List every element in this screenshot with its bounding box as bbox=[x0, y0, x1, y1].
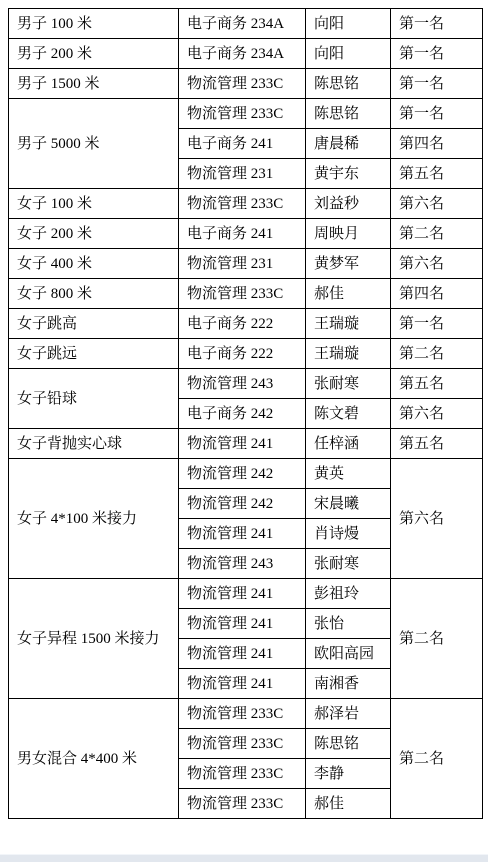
name-cell: 黄梦军 bbox=[306, 249, 391, 279]
class-cell: 物流管理 243 bbox=[179, 369, 306, 399]
class-cell: 电子商务 234A bbox=[179, 39, 306, 69]
table-row: 女子铅球物流管理 243张耐寒第五名 bbox=[9, 369, 483, 399]
event-cell: 女子 400 米 bbox=[9, 249, 179, 279]
name-cell: 张耐寒 bbox=[306, 549, 391, 579]
table-row: 男女混合 4*400 米物流管理 233C郝泽岩第二名 bbox=[9, 699, 483, 729]
rank-cell: 第六名 bbox=[391, 399, 483, 429]
rank-cell: 第五名 bbox=[391, 159, 483, 189]
class-cell: 物流管理 231 bbox=[179, 249, 306, 279]
rank-cell: 第六名 bbox=[391, 189, 483, 219]
event-cell: 女子 800 米 bbox=[9, 279, 179, 309]
class-cell: 物流管理 233C bbox=[179, 279, 306, 309]
table-row: 女子 400 米物流管理 231黄梦军第六名 bbox=[9, 249, 483, 279]
class-cell: 物流管理 241 bbox=[179, 639, 306, 669]
table-row: 男子 1500 米物流管理 233C陈思铭第一名 bbox=[9, 69, 483, 99]
rank-cell: 第四名 bbox=[391, 129, 483, 159]
rank-cell: 第六名 bbox=[391, 459, 483, 579]
class-cell: 物流管理 241 bbox=[179, 429, 306, 459]
class-cell: 物流管理 242 bbox=[179, 459, 306, 489]
class-cell: 电子商务 241 bbox=[179, 129, 306, 159]
name-cell: 郝泽岩 bbox=[306, 699, 391, 729]
class-cell: 物流管理 233C bbox=[179, 69, 306, 99]
name-cell: 黄宇东 bbox=[306, 159, 391, 189]
class-cell: 电子商务 242 bbox=[179, 399, 306, 429]
name-cell: 张怡 bbox=[306, 609, 391, 639]
rank-cell: 第一名 bbox=[391, 39, 483, 69]
name-cell: 李静 bbox=[306, 759, 391, 789]
event-cell: 男子 100 米 bbox=[9, 9, 179, 39]
event-cell: 女子 200 米 bbox=[9, 219, 179, 249]
event-cell: 男女混合 4*400 米 bbox=[9, 699, 179, 819]
name-cell: 黄英 bbox=[306, 459, 391, 489]
name-cell: 郝佳 bbox=[306, 789, 391, 819]
results-table: 男子 100 米电子商务 234A向阳第一名男子 200 米电子商务 234A向… bbox=[8, 8, 483, 819]
class-cell: 物流管理 241 bbox=[179, 579, 306, 609]
event-cell: 女子 4*100 米接力 bbox=[9, 459, 179, 579]
event-cell: 女子跳高 bbox=[9, 309, 179, 339]
event-cell: 女子异程 1500 米接力 bbox=[9, 579, 179, 699]
name-cell: 南湘香 bbox=[306, 669, 391, 699]
name-cell: 向阳 bbox=[306, 39, 391, 69]
rank-cell: 第一名 bbox=[391, 309, 483, 339]
class-cell: 物流管理 242 bbox=[179, 489, 306, 519]
table-row: 女子跳高电子商务 222王瑞璇第一名 bbox=[9, 309, 483, 339]
class-cell: 物流管理 233C bbox=[179, 789, 306, 819]
table-row: 女子跳远电子商务 222王瑞璇第二名 bbox=[9, 339, 483, 369]
rank-cell: 第二名 bbox=[391, 579, 483, 699]
name-cell: 陈思铭 bbox=[306, 99, 391, 129]
class-cell: 物流管理 233C bbox=[179, 699, 306, 729]
class-cell: 物流管理 231 bbox=[179, 159, 306, 189]
event-cell: 女子背抛实心球 bbox=[9, 429, 179, 459]
class-cell: 物流管理 233C bbox=[179, 99, 306, 129]
class-cell: 物流管理 233C bbox=[179, 189, 306, 219]
name-cell: 陈思铭 bbox=[306, 69, 391, 99]
name-cell: 陈思铭 bbox=[306, 729, 391, 759]
rank-cell: 第二名 bbox=[391, 219, 483, 249]
name-cell: 欧阳高园 bbox=[306, 639, 391, 669]
class-cell: 物流管理 241 bbox=[179, 609, 306, 639]
name-cell: 任梓涵 bbox=[306, 429, 391, 459]
name-cell: 肖诗熳 bbox=[306, 519, 391, 549]
class-cell: 电子商务 222 bbox=[179, 309, 306, 339]
name-cell: 王瑞璇 bbox=[306, 309, 391, 339]
rank-cell: 第一名 bbox=[391, 69, 483, 99]
table-row: 女子 4*100 米接力物流管理 242黄英第六名 bbox=[9, 459, 483, 489]
name-cell: 刘益秒 bbox=[306, 189, 391, 219]
event-cell: 女子跳远 bbox=[9, 339, 179, 369]
class-cell: 物流管理 243 bbox=[179, 549, 306, 579]
table-row: 男子 100 米电子商务 234A向阳第一名 bbox=[9, 9, 483, 39]
results-table-body: 男子 100 米电子商务 234A向阳第一名男子 200 米电子商务 234A向… bbox=[9, 9, 483, 819]
name-cell: 向阳 bbox=[306, 9, 391, 39]
name-cell: 张耐寒 bbox=[306, 369, 391, 399]
name-cell: 郝佳 bbox=[306, 279, 391, 309]
name-cell: 宋晨曦 bbox=[306, 489, 391, 519]
name-cell: 唐晨稀 bbox=[306, 129, 391, 159]
rank-cell: 第四名 bbox=[391, 279, 483, 309]
rank-cell: 第五名 bbox=[391, 429, 483, 459]
rank-cell: 第二名 bbox=[391, 699, 483, 819]
name-cell: 王瑞璇 bbox=[306, 339, 391, 369]
class-cell: 电子商务 234A bbox=[179, 9, 306, 39]
class-cell: 物流管理 241 bbox=[179, 669, 306, 699]
rank-cell: 第一名 bbox=[391, 99, 483, 129]
event-cell: 男子 5000 米 bbox=[9, 99, 179, 189]
table-row: 女子 100 米物流管理 233C刘益秒第六名 bbox=[9, 189, 483, 219]
name-cell: 彭祖玲 bbox=[306, 579, 391, 609]
table-row: 女子背抛实心球物流管理 241任梓涵第五名 bbox=[9, 429, 483, 459]
name-cell: 周映月 bbox=[306, 219, 391, 249]
rank-cell: 第五名 bbox=[391, 369, 483, 399]
class-cell: 物流管理 233C bbox=[179, 729, 306, 759]
class-cell: 电子商务 222 bbox=[179, 339, 306, 369]
rank-cell: 第六名 bbox=[391, 249, 483, 279]
event-cell: 女子 100 米 bbox=[9, 189, 179, 219]
table-row: 男子 5000 米物流管理 233C陈思铭第一名 bbox=[9, 99, 483, 129]
event-cell: 女子铅球 bbox=[9, 369, 179, 429]
class-cell: 物流管理 241 bbox=[179, 519, 306, 549]
rank-cell: 第二名 bbox=[391, 339, 483, 369]
class-cell: 电子商务 241 bbox=[179, 219, 306, 249]
rank-cell: 第一名 bbox=[391, 9, 483, 39]
document-page: 男子 100 米电子商务 234A向阳第一名男子 200 米电子商务 234A向… bbox=[0, 0, 488, 862]
table-row: 男子 200 米电子商务 234A向阳第一名 bbox=[9, 39, 483, 69]
name-cell: 陈文碧 bbox=[306, 399, 391, 429]
table-row: 女子 200 米电子商务 241周映月第二名 bbox=[9, 219, 483, 249]
table-row: 女子异程 1500 米接力物流管理 241彭祖玲第二名 bbox=[9, 579, 483, 609]
horizontal-scrollbar-track[interactable] bbox=[0, 854, 488, 862]
event-cell: 男子 1500 米 bbox=[9, 69, 179, 99]
event-cell: 男子 200 米 bbox=[9, 39, 179, 69]
table-row: 女子 800 米物流管理 233C郝佳第四名 bbox=[9, 279, 483, 309]
class-cell: 物流管理 233C bbox=[179, 759, 306, 789]
